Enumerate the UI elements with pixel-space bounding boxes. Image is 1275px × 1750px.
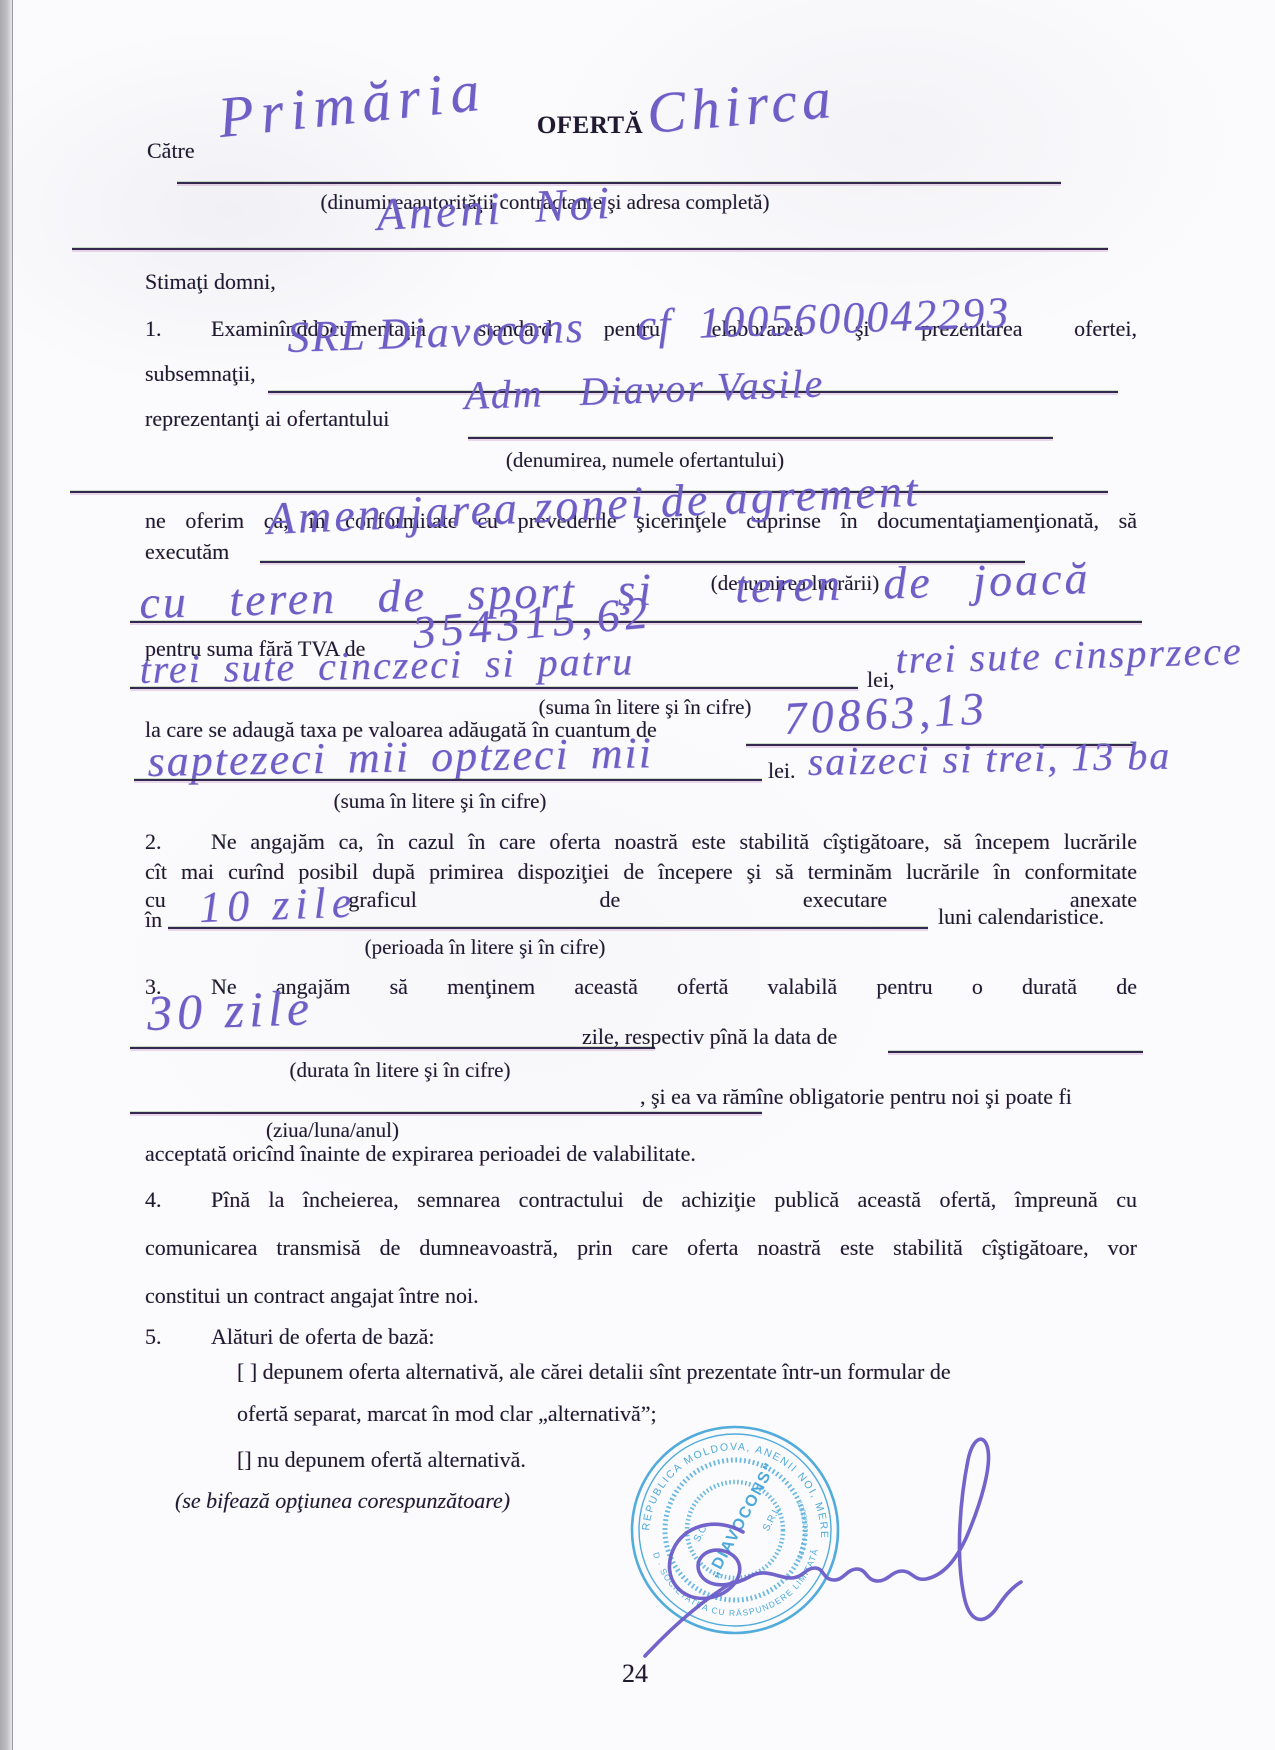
page-number: 24 <box>600 1660 670 1688</box>
duration-caption: (durata în litere şi în cifre) <box>235 1056 565 1084</box>
paragraph-3-line1: Ne angajăm să menţinem această ofertă va… <box>211 973 1137 1001</box>
in-label: în <box>145 906 162 934</box>
paragraph-4-line3: constitui un contract angajat între noi. <box>145 1282 479 1310</box>
days-label: zile, respectiv pînă la data de <box>582 1023 837 1051</box>
handwritten-representative-name: Adm Diavor Vasile <box>463 359 825 419</box>
handwritten-signature <box>615 1400 1045 1670</box>
subscribers-label: subsemnaţii, <box>145 360 256 388</box>
vat-words-underline <box>134 779 762 781</box>
date-underline-2 <box>130 1112 762 1114</box>
period-underline <box>168 927 928 929</box>
paragraph-5-title: Alături de oferta de bază: <box>211 1323 435 1351</box>
paragraph-5-number: 5. <box>145 1323 211 1351</box>
paragraph-4-number: 4. <box>145 1186 211 1214</box>
handwritten-validity: 30 zile <box>146 978 315 1042</box>
scan-left-edge <box>0 0 13 1750</box>
handwritten-company-name: SRL Diavocons cf 1005600042293 <box>286 287 1011 363</box>
representatives-label: reprezentanţi ai ofertantului <box>145 405 389 433</box>
paragraph-4-line1: Pînă la încheierea, semnarea contractulu… <box>211 1186 1137 1214</box>
handwritten-sum-words-continued: trei sute cinsprzece <box>895 627 1243 683</box>
salutation: Stimaţi domni, <box>145 268 276 296</box>
representative-underline <box>468 437 1053 439</box>
period-caption: (perioada în litere şi în cifre) <box>300 933 670 961</box>
months-label: luni calendaristice. <box>938 903 1104 931</box>
lei-label-2: lei. <box>768 757 796 785</box>
accept-line: acceptată oricînd înainte de expirarea p… <box>145 1140 696 1168</box>
handwritten-vat-words-continued: saizeci si trei, 13 ba <box>807 732 1171 785</box>
to-label: Către <box>147 137 195 165</box>
no-alternative-option-checkbox-line: [] nu depunem ofertă alternativă. <box>237 1446 526 1474</box>
date-underline-1 <box>888 1051 1143 1053</box>
paragraph-1-number: 1. <box>145 315 211 343</box>
validity-underline <box>130 1047 655 1049</box>
execute-label: executăm <box>145 538 229 566</box>
handwritten-period: 10 zile <box>198 877 358 933</box>
alternative-option-checkbox-line: [ ] depunem oferta alternativă, ale căre… <box>237 1358 951 1386</box>
alternative-option-line2: ofertă separat, marcat în mod clar „alte… <box>237 1400 657 1428</box>
recipient-underline <box>177 182 1061 184</box>
paragraph-4-line2: comunicarea transmisă de dumneavoastră, … <box>145 1234 1137 1262</box>
vat-caption: (suma în litere şi în cifre) <box>295 787 585 815</box>
continue-text: , şi ea va rămîne obligatorie pentru noi… <box>640 1083 1072 1111</box>
paragraph-2-line1: Ne angajăm ca, în cazul în care oferta n… <box>211 828 1137 856</box>
check-option-note: (se bifează opţiunea corespunzătoare) <box>175 1487 510 1515</box>
handwritten-recipient-name-2: Chirca <box>644 64 838 147</box>
scanned-offer-document: OFERTĂ Către Primăria Chirca (dinumireaa… <box>0 0 1275 1750</box>
paragraph-2-number: 2. <box>145 828 211 856</box>
handwritten-address: Aneni Noi <box>375 176 614 241</box>
handwritten-sum-words: trei sute cinczeci si patru <box>139 637 634 693</box>
address-underline <box>72 248 1108 250</box>
sum-words-underline <box>130 687 858 689</box>
